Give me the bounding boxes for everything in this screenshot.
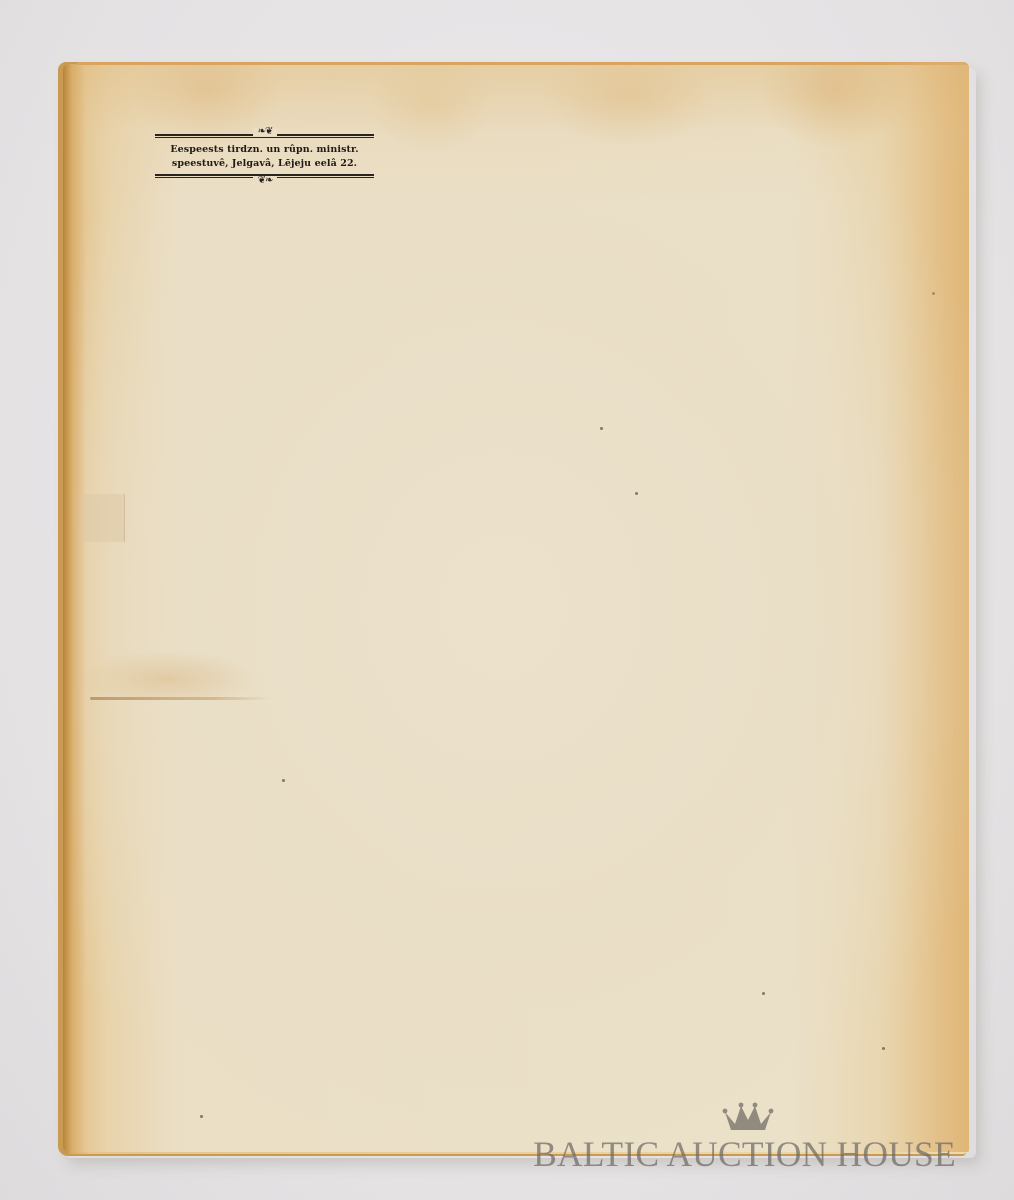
fold-stain <box>82 652 252 697</box>
back-cover-page <box>72 62 969 1152</box>
foxing-spot <box>635 492 638 495</box>
foxing-spot <box>600 427 603 430</box>
foxing-spot <box>282 779 285 782</box>
printer-imprint-stamp: ❧❦ Eespeests tirdzn. un rûpn. ministr. s… <box>155 127 374 185</box>
imprint-line-1: Eespeests tirdzn. un rûpn. ministr. <box>155 144 374 155</box>
fold-crease <box>90 697 270 700</box>
imprint-line-2: speestuvê, Jelgavâ, Lējeju eelâ 22. <box>155 158 374 169</box>
foxing-spot <box>762 992 765 995</box>
paper-left-edge <box>72 62 86 1152</box>
ornament-flourish-icon: ❦❧ <box>253 177 277 185</box>
paper-top-edge <box>72 62 969 65</box>
foxing-spot <box>932 292 935 295</box>
ornament-flourish-icon: ❧❦ <box>253 128 277 136</box>
foxing-spot <box>200 1115 203 1118</box>
foxing-spot <box>882 1047 885 1050</box>
tape-residue-mark <box>82 494 125 542</box>
